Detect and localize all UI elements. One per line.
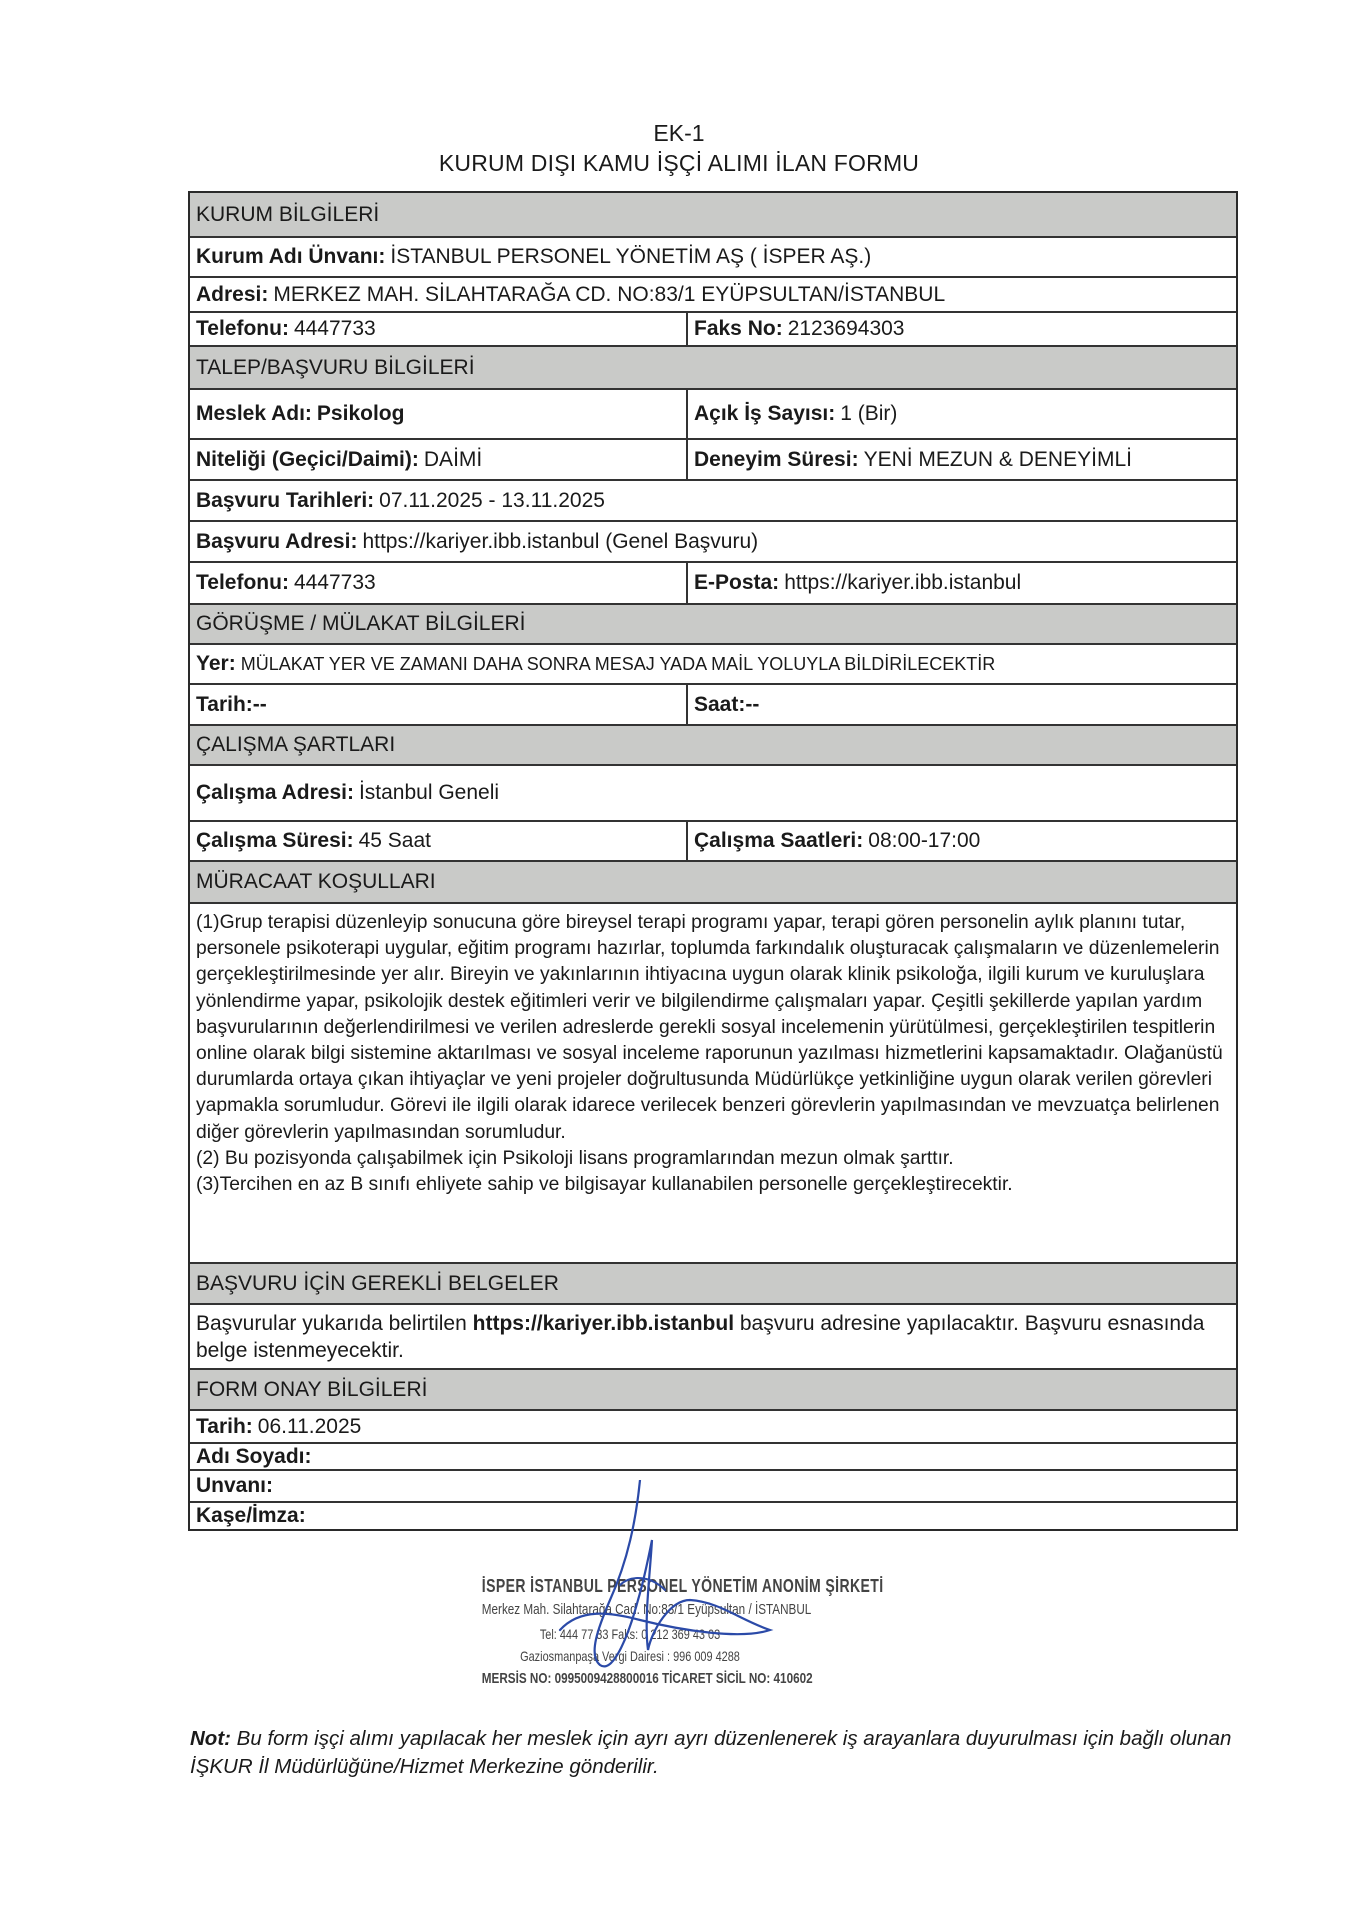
openings-label: Açık İş Sayısı: bbox=[694, 402, 835, 426]
interview-place-row: Yer: MÜLAKAT YER VE ZAMANI DAHA SONRA ME… bbox=[190, 645, 1236, 685]
stamp-tax-office: Gaziosmanpaşa Vergi Dairesi : 996 009 42… bbox=[482, 1648, 778, 1664]
openings-value: 1 (Bir) bbox=[840, 402, 897, 426]
application-address-row: Başvuru Adresi: https://kariyer.ibb.ista… bbox=[190, 522, 1236, 563]
interview-time-label: Saat:-- bbox=[694, 693, 759, 717]
section-header-approval: FORM ONAY BİLGİLERİ bbox=[190, 1370, 1236, 1411]
company-stamp: İSPER İSTANBUL PERSONEL YÖNETİM ANONİM Ş… bbox=[440, 1576, 820, 1687]
institution-name-row: Kurum Adı Ünvanı: İSTANBUL PERSONEL YÖNE… bbox=[190, 238, 1236, 278]
approval-name-label: Adı Soyadı: bbox=[196, 1445, 312, 1469]
application-email-label: E-Posta: bbox=[694, 571, 779, 595]
note-label: Not: bbox=[190, 1727, 231, 1750]
profession-row: Meslek Adı: Psikolog Açık İş Sayısı: 1 (… bbox=[190, 390, 1236, 440]
stamp-registry: MERSİS NO: 0995009428800016 TİCARET SİCİ… bbox=[482, 1670, 778, 1687]
institution-name-value: İSTANBUL PERSONEL YÖNETİM AŞ ( İSPER AŞ.… bbox=[390, 245, 871, 269]
institution-fax-label: Faks No: bbox=[694, 317, 783, 341]
job-posting-form: KURUM BİLGİLERİ Kurum Adı Ünvanı: İSTANB… bbox=[188, 191, 1238, 1531]
documents-row: Başvurular yukarıda belirtilen https://k… bbox=[190, 1305, 1236, 1370]
section-header-application: TALEP/BAŞVURU BİLGİLERİ bbox=[190, 347, 1236, 390]
note-text: Bu form işçi alımı yapılacak her meslek … bbox=[190, 1727, 1231, 1778]
interview-datetime-row: Tarih:-- Saat:-- bbox=[190, 685, 1236, 726]
approval-stamp-row: Kaşe/İmza: bbox=[190, 1503, 1236, 1529]
documents-link[interactable]: https://kariyer.ibb.istanbul bbox=[473, 1312, 734, 1335]
institution-address-row: Adresi: MERKEZ MAH. SİLAHTARAĞA CD. NO:8… bbox=[190, 278, 1236, 313]
annex-label: EK-1 bbox=[0, 118, 1358, 148]
requirement-item: (3)Tercihen en az B sınıfı ehliyete sahi… bbox=[196, 1172, 1230, 1198]
institution-name-label: Kurum Adı Ünvanı: bbox=[196, 245, 385, 269]
institution-phone-value: 4447733 bbox=[294, 317, 376, 341]
section-header-requirements: MÜRACAAT KOŞULLARI bbox=[190, 862, 1236, 904]
stamp-company-name: İSPER İSTANBUL PERSONEL YÖNETİM ANONİM Ş… bbox=[482, 1576, 778, 1597]
section-header-interview: GÖRÜŞME / MÜLAKAT BİLGİLERİ bbox=[190, 605, 1236, 645]
application-dates-row: Başvuru Tarihleri: 07.11.2025 - 13.11.20… bbox=[190, 481, 1236, 522]
work-hours-value: 08:00-17:00 bbox=[868, 829, 980, 853]
institution-address-label: Adresi: bbox=[196, 283, 268, 307]
section-title: TALEP/BAŞVURU BİLGİLERİ bbox=[190, 347, 1236, 388]
approval-title-label: Unvanı: bbox=[196, 1474, 273, 1498]
application-phone-value: 4447733 bbox=[294, 571, 376, 595]
form-title: KURUM DIŞI KAMU İŞÇİ ALIMI İLAN FORMU bbox=[0, 148, 1358, 178]
section-header-documents: BAŞVURU İÇİN GEREKLİ BELGELER bbox=[190, 1264, 1236, 1305]
profession-value: Psikolog bbox=[317, 402, 405, 426]
application-contact-row: Telefonu: 4447733 E-Posta: https://kariy… bbox=[190, 563, 1236, 605]
institution-phone-label: Telefonu: bbox=[196, 317, 289, 341]
requirement-item: (1)Grup terapisi düzenleyip sonucuna gör… bbox=[196, 910, 1230, 1146]
work-duration-value: 45 Saat bbox=[359, 829, 431, 853]
institution-contact-row: Telefonu: 4447733 Faks No: 2123694303 bbox=[190, 313, 1236, 347]
section-title: BAŞVURU İÇİN GEREKLİ BELGELER bbox=[190, 1264, 1236, 1303]
stamp-phone-fax: Tel: 444 77 33 Faks: 0 212 369 43 03 bbox=[482, 1626, 778, 1642]
requirement-item: (2) Bu pozisyonda çalışabilmek için Psik… bbox=[196, 1146, 1230, 1172]
institution-address-value: MERKEZ MAH. SİLAHTARAĞA CD. NO:83/1 EYÜP… bbox=[273, 283, 945, 307]
stamp-address: Merkez Mah. Silahtarağa Cad. No:83/1 Eyü… bbox=[482, 1601, 778, 1618]
nature-value: DAİMİ bbox=[424, 448, 482, 472]
profession-label: Meslek Adı: bbox=[196, 402, 312, 426]
interview-date-label: Tarih:-- bbox=[196, 693, 267, 717]
section-title: MÜRACAAT KOŞULLARI bbox=[190, 862, 1236, 902]
approval-date-row: Tarih: 06.11.2025 bbox=[190, 1411, 1236, 1444]
section-header-work-conditions: ÇALIŞMA ŞARTLARI bbox=[190, 726, 1236, 766]
nature-row: Niteliği (Geçici/Daimi): DAİMİ Deneyim S… bbox=[190, 440, 1236, 481]
approval-date-label: Tarih: bbox=[196, 1415, 253, 1439]
approval-title-row: Unvanı: bbox=[190, 1471, 1236, 1503]
requirements-row: (1)Grup terapisi düzenleyip sonucuna gör… bbox=[190, 904, 1236, 1264]
interview-place-value: MÜLAKAT YER VE ZAMANI DAHA SONRA MESAJ Y… bbox=[241, 654, 996, 675]
work-hours-label: Çalışma Saatleri: bbox=[694, 829, 863, 853]
application-email-link[interactable]: https://kariyer.ibb.istanbul bbox=[784, 571, 1021, 595]
requirements-text: (1)Grup terapisi düzenleyip sonucuna gör… bbox=[190, 904, 1236, 1198]
nature-label: Niteliği (Geçici/Daimi): bbox=[196, 448, 419, 472]
institution-fax-value: 2123694303 bbox=[788, 317, 905, 341]
approval-date-value: 06.11.2025 bbox=[258, 1415, 362, 1439]
work-address-value: İstanbul Geneli bbox=[359, 781, 499, 805]
work-address-row: Çalışma Adresi: İstanbul Geneli bbox=[190, 766, 1236, 822]
application-dates-value: 07.11.2025 - 13.11.2025 bbox=[379, 489, 605, 513]
section-header-institution: KURUM BİLGİLERİ bbox=[190, 193, 1236, 238]
section-title: FORM ONAY BİLGİLERİ bbox=[190, 1370, 1236, 1409]
experience-value: YENİ MEZUN & DENEYİMLİ bbox=[864, 448, 1132, 472]
work-duration-label: Çalışma Süresi: bbox=[196, 829, 354, 853]
work-address-label: Çalışma Adresi: bbox=[196, 781, 354, 805]
documents-text: Başvurular yukarıda belirtilen https://k… bbox=[190, 1302, 1236, 1372]
footnote: Not: Bu form işçi alımı yapılacak her me… bbox=[190, 1725, 1250, 1781]
experience-label: Deneyim Süresi: bbox=[694, 448, 859, 472]
approval-name-row: Adı Soyadı: bbox=[190, 1444, 1236, 1471]
approval-stamp-label: Kaşe/İmza: bbox=[196, 1504, 306, 1528]
document-title-block: EK-1 KURUM DIŞI KAMU İŞÇİ ALIMI İLAN FOR… bbox=[0, 118, 1358, 178]
application-address-label: Başvuru Adresi: bbox=[196, 530, 357, 554]
section-title: KURUM BİLGİLERİ bbox=[190, 193, 1236, 236]
interview-place-label: Yer: bbox=[196, 652, 236, 676]
application-address-link[interactable]: https://kariyer.ibb.istanbul (Genel Başv… bbox=[362, 530, 758, 554]
application-dates-label: Başvuru Tarihleri: bbox=[196, 489, 374, 513]
work-time-row: Çalışma Süresi: 45 Saat Çalışma Saatleri… bbox=[190, 822, 1236, 862]
documents-text-before: Başvurular yukarıda belirtilen bbox=[196, 1312, 473, 1335]
section-title: ÇALIŞMA ŞARTLARI bbox=[190, 726, 1236, 764]
application-phone-label: Telefonu: bbox=[196, 571, 289, 595]
section-title: GÖRÜŞME / MÜLAKAT BİLGİLERİ bbox=[190, 605, 1236, 643]
